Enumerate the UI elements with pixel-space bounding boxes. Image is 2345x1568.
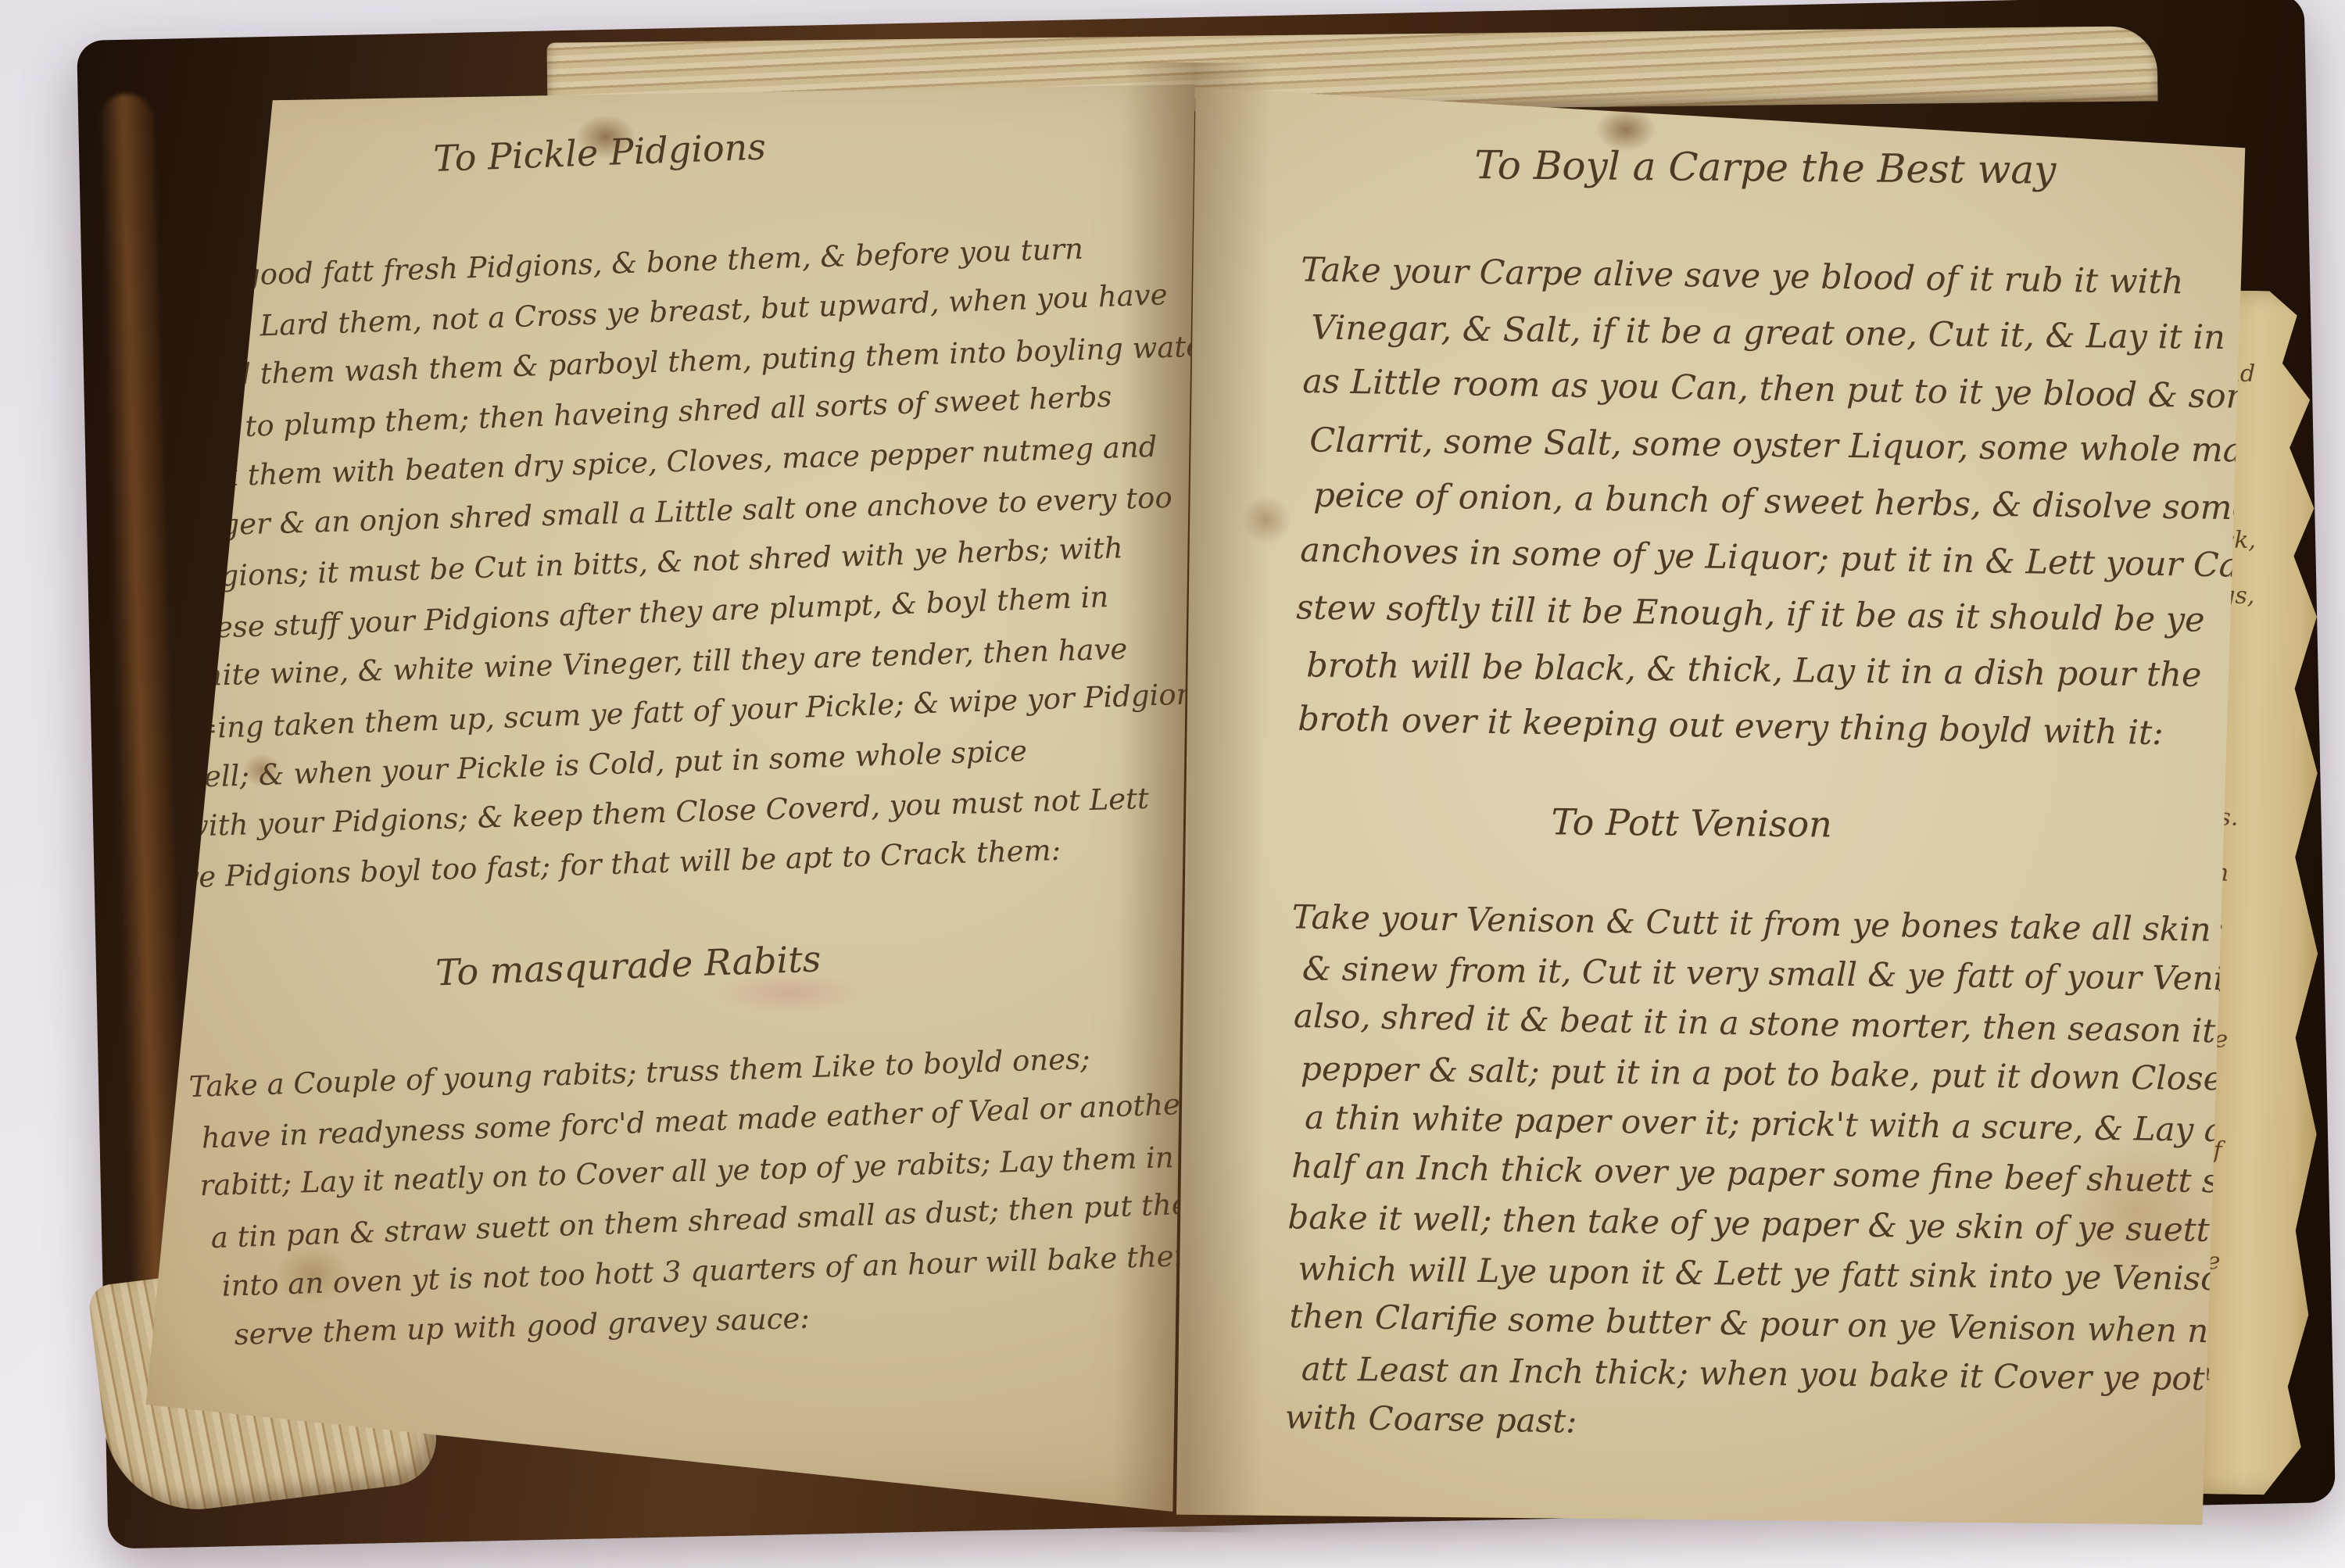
manuscript-lines: Take good fatt fresh Pidgions, & bone th… xyxy=(163,223,1144,903)
manuscript-line: pepper & salt; put it in a pot to bake, … xyxy=(1301,1044,2256,1104)
manuscript-lines: Take a Couple of young rabits; truss the… xyxy=(188,1032,1158,1362)
recipe: To masqurade Rabits Take a Couple of you… xyxy=(185,928,1159,1362)
recipe: To Boyl a Carpe the Best way Take your C… xyxy=(1294,138,2268,761)
manuscript-line: att Least an Inch thick; when you bake i… xyxy=(1301,1344,2251,1404)
manuscript-lines: Take your Venison & Cutt it from ye bone… xyxy=(1284,892,2257,1455)
recipe-title: To masqurade Rabits xyxy=(435,925,1147,993)
book-photograph: of undyegsack,eggs,art&inggs.othblees.ye… xyxy=(0,0,2345,1568)
left-page-text: To Pickle Pidgions Take good fatt fresh … xyxy=(159,114,1158,1362)
right-page-text: To Boyl a Carpe the Best way Take your C… xyxy=(1284,138,2268,1455)
recipe: To Pott Venison Take your Venison & Cutt… xyxy=(1284,795,2258,1455)
stain xyxy=(1231,485,1301,555)
recipe: To Pickle Pidgions Take good fatt fresh … xyxy=(159,114,1144,903)
recipe-title: To Pott Venison xyxy=(1551,800,2258,849)
manuscript-lines: Take your Carpe alive save ye blood of i… xyxy=(1294,242,2267,761)
recipe-title: To Pickle Pidgions xyxy=(433,113,1122,180)
manuscript-line: Clarrit, some Salt, some oyster Liquor, … xyxy=(1309,413,2264,479)
left-page: To Pickle Pidgions Take good fatt fresh … xyxy=(141,74,1196,1520)
recipe-title: To Boyl a Carpe the Best way xyxy=(1474,142,2268,195)
right-page: To Boyl a Carpe the Best way Take your C… xyxy=(1176,78,2247,1532)
